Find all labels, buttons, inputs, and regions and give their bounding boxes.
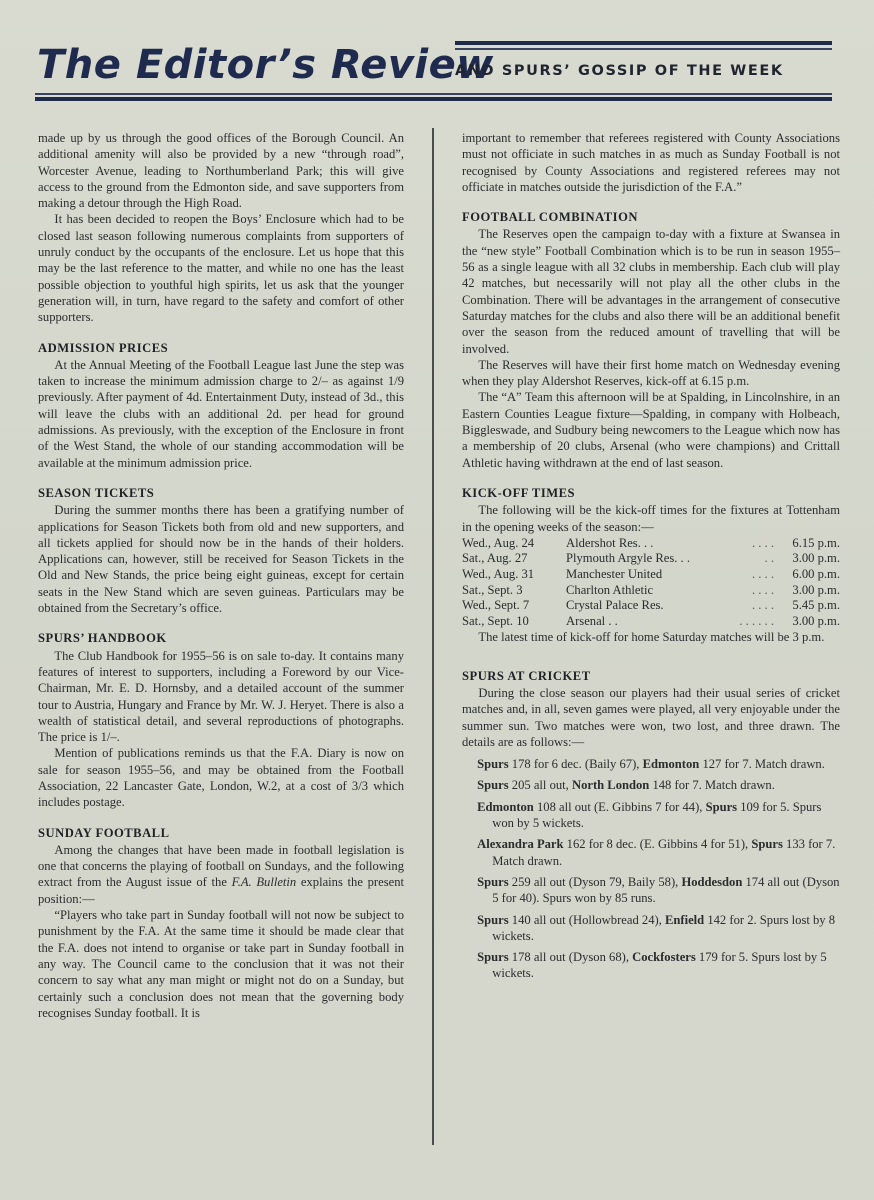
fixture-time: 5.45 p.m. bbox=[784, 598, 840, 614]
fixture-time: 6.15 p.m. bbox=[784, 536, 840, 552]
fixture-time: 3.00 p.m. bbox=[784, 583, 840, 599]
team-name: Hoddesdon bbox=[681, 875, 742, 889]
cricket-result: Spurs 178 for 6 dec. (Baily 67), Edmonto… bbox=[462, 756, 840, 772]
fa-diary-paragraph: Mention of publications reminds us that … bbox=[38, 745, 404, 810]
team-name: Alexandra Park bbox=[477, 837, 563, 851]
fixture-row: Wed., Aug. 31Manchester United. . . .6.0… bbox=[462, 567, 840, 583]
team-name: Enfield bbox=[665, 913, 704, 927]
leader-dots: . . . . bbox=[726, 598, 784, 614]
fixture-opponent: Arsenal . . bbox=[566, 614, 726, 630]
fixture-date: Sat., Sept. 10 bbox=[462, 614, 566, 630]
fixture-row: Wed., Aug. 24Aldershot Res. . .. . . .6.… bbox=[462, 536, 840, 552]
section-heading-admission-prices: ADMISSION PRICES bbox=[38, 340, 404, 356]
team-name: Spurs bbox=[477, 913, 509, 927]
team-name: Spurs bbox=[477, 778, 509, 792]
section-heading-sunday-football: SUNDAY FOOTBALL bbox=[38, 825, 404, 841]
fixture-row: Sat., Sept. 10Arsenal . .. . . . . .3.00… bbox=[462, 614, 840, 630]
team-name: Edmonton bbox=[643, 757, 700, 771]
fixture-row: Sat., Sept. 3Charlton Athletic. . . .3.0… bbox=[462, 583, 840, 599]
page-subtitle: AND SPURS’ GOSSIP OF THE WEEK bbox=[455, 64, 784, 79]
fixture-time: 3.00 p.m. bbox=[784, 614, 840, 630]
section-heading-season-tickets: SEASON TICKETS bbox=[38, 485, 404, 501]
team-name: Spurs bbox=[751, 837, 783, 851]
fa-bulletin-quote: “Players who take part in Sunday footbal… bbox=[38, 907, 404, 1021]
team-name: Cockfosters bbox=[632, 950, 696, 964]
a-team-paragraph: The “A” Team this afternoon will be at S… bbox=[462, 389, 840, 470]
team-name: Edmonton bbox=[477, 800, 534, 814]
fixture-opponent: Charlton Athletic bbox=[566, 583, 726, 599]
cricket-result: Edmonton 108 all out (E. Gibbins 7 for 4… bbox=[462, 799, 840, 832]
sunday-football-paragraph: Among the changes that have been made in… bbox=[38, 842, 404, 907]
team-name: North London bbox=[572, 778, 649, 792]
team-name: Spurs bbox=[477, 875, 509, 889]
page-title: The Editor’s Review bbox=[37, 45, 494, 85]
header-rule-top bbox=[455, 41, 832, 45]
right-column: important to remember that referees regi… bbox=[462, 130, 840, 987]
left-column: made up by us through the good offices o… bbox=[38, 130, 404, 1021]
section-heading-handbook: SPURS’ HANDBOOK bbox=[38, 630, 404, 646]
section-heading-football-combination: FOOTBALL COMBINATION bbox=[462, 209, 840, 225]
fixture-opponent: Manchester United bbox=[566, 567, 726, 583]
kick-off-table: Wed., Aug. 24Aldershot Res. . .. . . .6.… bbox=[462, 536, 840, 630]
combination-paragraph: The Reserves open the campaign to-day wi… bbox=[462, 226, 840, 356]
fixture-date: Wed., Aug. 24 bbox=[462, 536, 566, 552]
publication-title: F.A. Bulletin bbox=[232, 875, 297, 889]
fixture-date: Wed., Aug. 31 bbox=[462, 567, 566, 583]
fixture-time: 6.00 p.m. bbox=[784, 567, 840, 583]
cricket-result: Spurs 140 all out (Hollowbread 24), Enfi… bbox=[462, 912, 840, 945]
leader-dots: . . . . bbox=[726, 567, 784, 583]
fixture-row: Sat., Aug. 27Plymouth Argyle Res. . .. .… bbox=[462, 551, 840, 567]
boys-enclosure-paragraph: It has been decided to reopen the Boys’ … bbox=[38, 211, 404, 325]
kick-off-footer: The latest time of kick-off for home Sat… bbox=[462, 629, 840, 645]
kick-off-intro: The following will be the kick-off times… bbox=[462, 502, 840, 535]
column-divider bbox=[432, 128, 434, 1145]
reserves-home-paragraph: The Reserves will have their first home … bbox=[462, 357, 840, 390]
leader-dots: . . . . bbox=[726, 583, 784, 599]
team-name: Spurs bbox=[477, 950, 509, 964]
leader-dots: . . bbox=[726, 551, 784, 567]
fixture-date: Sat., Sept. 3 bbox=[462, 583, 566, 599]
fixture-opponent: Plymouth Argyle Res. . . bbox=[566, 551, 726, 567]
intro-paragraph: made up by us through the good offices o… bbox=[38, 130, 404, 211]
handbook-paragraph: The Club Handbook for 1955–56 is on sale… bbox=[38, 648, 404, 746]
fixture-time: 3.00 p.m. bbox=[784, 551, 840, 567]
team-name: Spurs bbox=[706, 800, 738, 814]
cricket-result: Alexandra Park 162 for 8 dec. (E. Gibbin… bbox=[462, 836, 840, 869]
cricket-results: Spurs 178 for 6 dec. (Baily 67), Edmonto… bbox=[462, 756, 840, 982]
section-heading-cricket: SPURS AT CRICKET bbox=[462, 668, 840, 684]
header-rule-top-thin bbox=[455, 48, 832, 50]
cricket-result: Spurs 178 all out (Dyson 68), Cockfoster… bbox=[462, 949, 840, 982]
leader-dots: . . . . bbox=[726, 536, 784, 552]
cricket-intro: During the close season our players had … bbox=[462, 685, 840, 750]
cricket-result: Spurs 205 all out, North London 148 for … bbox=[462, 777, 840, 793]
cricket-result: Spurs 259 all out (Dyson 79, Baily 58), … bbox=[462, 874, 840, 907]
header-rule-bottom-thin bbox=[35, 93, 832, 95]
fixture-opponent: Crystal Palace Res. bbox=[566, 598, 726, 614]
season-tickets-paragraph: During the summer months there has been … bbox=[38, 502, 404, 616]
quote-continuation: important to remember that referees regi… bbox=[462, 130, 840, 195]
fixture-opponent: Aldershot Res. . . bbox=[566, 536, 726, 552]
leader-dots: . . . . . . bbox=[726, 614, 784, 630]
header-rule-bottom bbox=[35, 97, 832, 101]
fixture-date: Sat., Aug. 27 bbox=[462, 551, 566, 567]
section-heading-kick-off-times: KICK-OFF TIMES bbox=[462, 485, 840, 501]
fixture-row: Wed., Sept. 7Crystal Palace Res.. . . .5… bbox=[462, 598, 840, 614]
masthead: The Editor’s Review AND SPURS’ GOSSIP OF… bbox=[0, 0, 874, 120]
team-name: Spurs bbox=[477, 757, 509, 771]
fixture-date: Wed., Sept. 7 bbox=[462, 598, 566, 614]
admission-prices-paragraph: At the Annual Meeting of the Football Le… bbox=[38, 357, 404, 471]
